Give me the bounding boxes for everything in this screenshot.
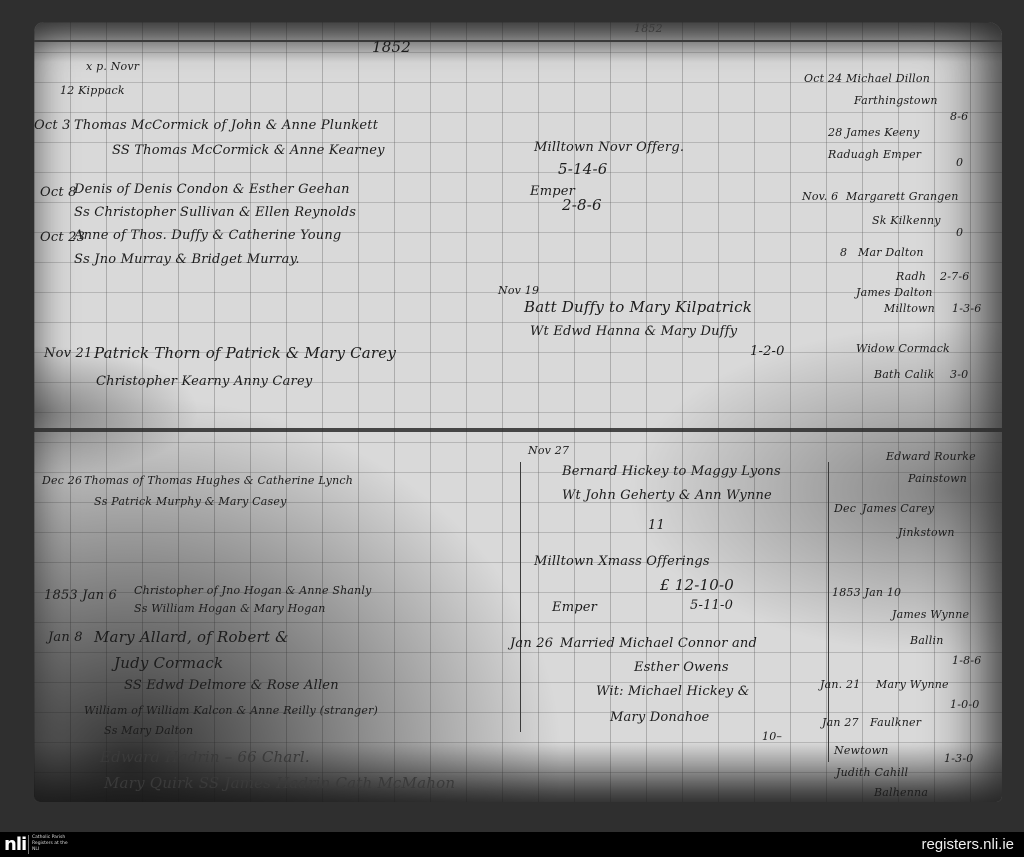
nli-logo[interactable]: nli	[4, 835, 26, 855]
margin-note: x p. Novr	[86, 60, 139, 73]
footer-bar: nli Catholic Parish Registers at the NLI…	[0, 832, 1024, 857]
margin-note: 12 Kippack	[60, 84, 125, 97]
site-link[interactable]: registers.nli.ie	[921, 836, 1014, 853]
image-viewer: 1852 1852 x p. Novr 12 Kippack Oct 3 Tho…	[0, 0, 1024, 832]
logo-divider	[28, 835, 29, 854]
page-year: 1852	[372, 38, 411, 56]
top-rule	[34, 40, 1002, 42]
mid-page-rule	[34, 428, 1002, 432]
page-mark: 1852	[634, 22, 663, 35]
logo-caption: Catholic Parish Registers at the NLI	[32, 835, 72, 853]
register-page: 1852 1852 x p. Novr 12 Kippack Oct 3 Tho…	[34, 22, 1002, 802]
column-divider-left	[520, 462, 521, 732]
